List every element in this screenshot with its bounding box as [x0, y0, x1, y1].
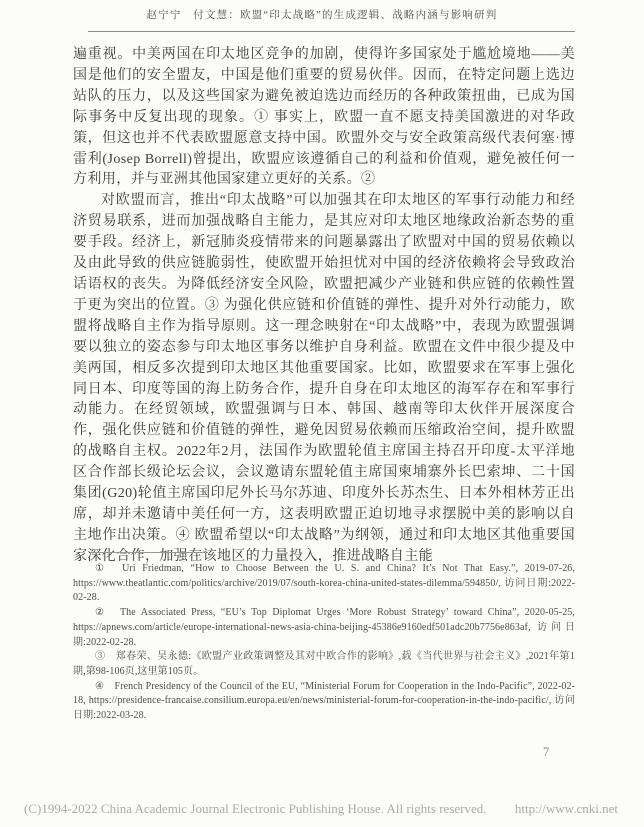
- journal-page: 赵宁宁 付文慧：欧盟“印太战略”的生成逻辑、战略内涵与影响研判 遍重视。中美两国…: [0, 0, 644, 827]
- footnotes-block: ① Uri Friedman, “How to Choose Between t…: [73, 562, 575, 724]
- header-divider-rule: [88, 31, 575, 32]
- body-paragraph: 对欧盟而言，推出“印太战略”可以加强其在印太地区的军事行动能力和经济贸易联系，进…: [73, 191, 575, 567]
- article-body: 遍重视。中美两国在印太地区竞争的加剧，使得许多国家处于尴尬境地——美国是他们的安…: [73, 45, 575, 568]
- footnote-item: ④ French Presidency of the Council of th…: [73, 680, 575, 724]
- footnote-item: ③ 郑春荣、吴永德:《欧盟产业政策调整及其对中欧合作的影响》,载《当代世界与社会…: [73, 650, 575, 679]
- running-header-title: 赵宁宁 付文慧：欧盟“印太战略”的生成逻辑、战略内涵与影响研判: [0, 7, 644, 22]
- scan-footer: (C)1994-2022 China Academic Journal Elec…: [24, 801, 618, 817]
- footnote-item: ① Uri Friedman, “How to Choose Between t…: [73, 562, 575, 606]
- footnote-item: ② The Associated Press, “EU’s Top Diplom…: [73, 606, 575, 650]
- footer-copyright: (C)1994-2022 China Academic Journal Elec…: [24, 801, 487, 817]
- page-number: 7: [543, 745, 549, 760]
- footnote-separator-rule: [90, 552, 208, 553]
- body-paragraph-continuation: 遍重视。中美两国在印太地区竞争的加剧，使得许多国家处于尴尬境地——美国是他们的安…: [73, 45, 575, 191]
- footer-url: http://www.cnki.net: [515, 801, 618, 817]
